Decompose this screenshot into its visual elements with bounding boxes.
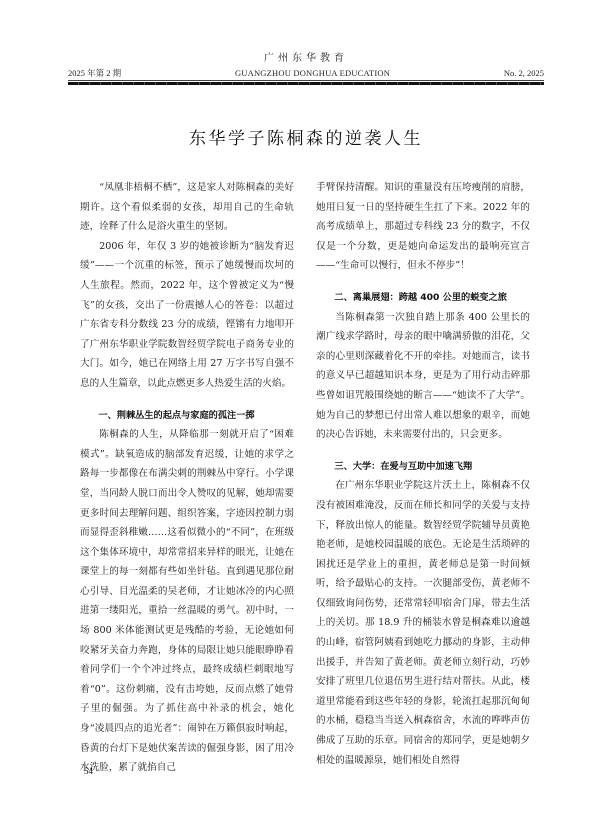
paragraph: 陈桐森的人生，从降临那一刻就开启了“困难模式”。缺氧造成的脑部发育迟缓，让她的求… xyxy=(80,425,294,778)
paragraph: 当陈桐森第一次独自踏上那条 400 公里长的潮广线求学路时，母亲的眼中噙满骄傲的… xyxy=(316,308,530,445)
section-heading-1: 一、荆棘丛生的起点与家庭的孤注一掷 xyxy=(80,406,294,426)
section-heading-3: 三、大学：在爱与互助中加速飞翔 xyxy=(316,457,530,477)
page-number: 54 xyxy=(84,766,93,776)
header-rule-thin xyxy=(68,80,544,81)
section-heading-2: 二、离巢展翅：跨越 400 公里的蜕变之旅 xyxy=(316,288,530,308)
paragraph: 在广州东华职业学院这片沃土上，陈桐森不仅没有被困难淹没，反而在师长和同学的关爱与… xyxy=(316,476,530,770)
journal-title-en: GUANGZHOU DONGHUA EDUCATION xyxy=(235,66,390,80)
header-row: 2025 年第 2 期 GUANGZHOU DONGHUA EDUCATION … xyxy=(68,66,544,80)
paragraph-continued: 手臂保持清醒。知识的重量没有压垮瘦削的肩膀，她用日复一日的坚持硬生生扛了下来。2… xyxy=(316,178,530,276)
paragraph: 2006 年，年仅 3 岁的她被诊断为“脑发育迟缓”——一个沉重的标签，预示了她… xyxy=(80,237,294,394)
article-title: 东华学子陈桐森的逆袭人生 xyxy=(0,124,612,149)
running-header: 广州东华教育 2025 年第 2 期 GUANGZHOU DONGHUA EDU… xyxy=(68,52,544,80)
right-column: 手臂保持清醒。知识的重量没有压垮瘦削的肩膀，她用日复一日的坚持硬生生扛了下来。2… xyxy=(316,178,530,770)
paragraph: “凤凰非梧桐不栖”，这是家人对陈桐森的美好期许。这个看似柔弱的女孩，却用自己的生… xyxy=(80,178,294,237)
issue-cn: 2025 年第 2 期 xyxy=(68,66,121,80)
journal-title-cn: 广州东华教育 xyxy=(68,52,544,66)
issue-en: No. 2, 2025 xyxy=(504,66,544,80)
header-rule-thick xyxy=(68,82,544,85)
left-column: “凤凰非梧桐不栖”，这是家人对陈桐森的美好期许。这个看似柔弱的女孩，却用自己的生… xyxy=(80,178,294,778)
